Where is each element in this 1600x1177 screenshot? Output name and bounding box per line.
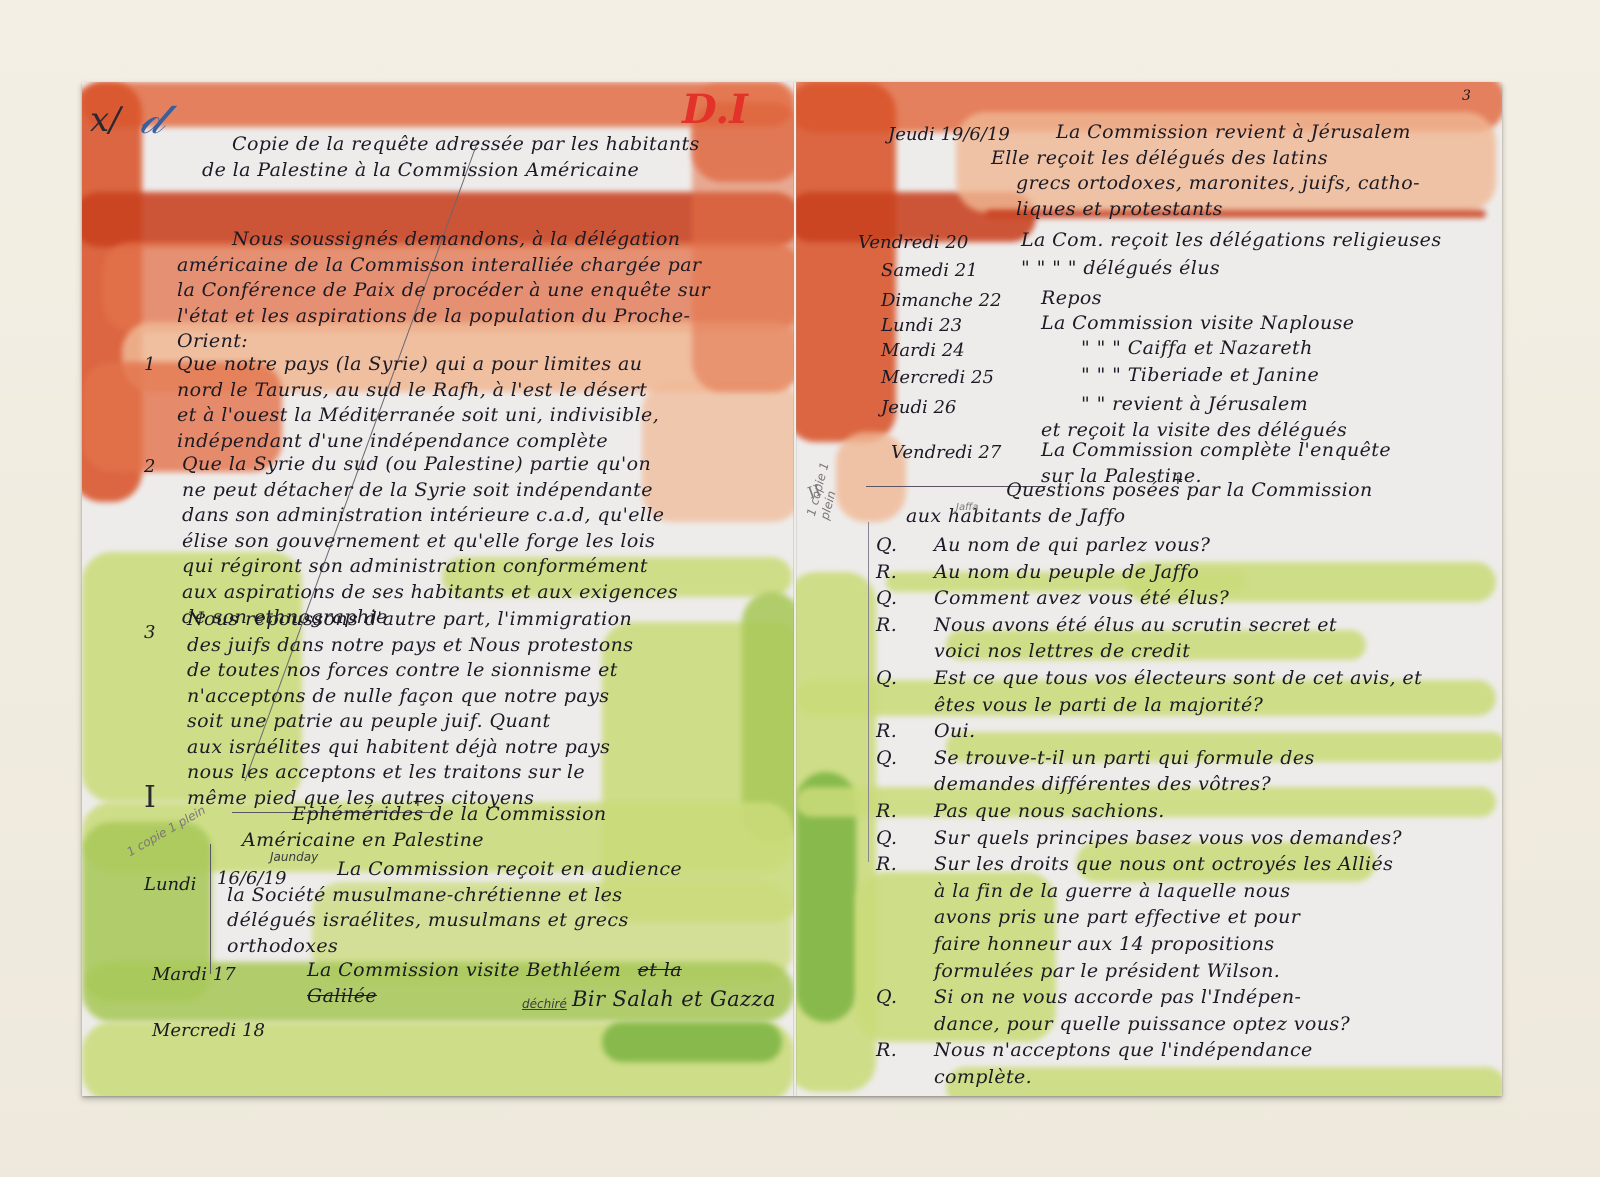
qa-item: Q.Est ce que tous vos électeurs sont de …	[876, 665, 1422, 718]
qa-item: Q.Sur quels principes basez vous vos dem…	[876, 825, 1422, 852]
entry-text: La Commission visite Naplouse	[1041, 311, 1354, 337]
page-number: 3	[1462, 84, 1471, 110]
entry-text: La Commission revient à Jérusalem Elle r…	[1056, 120, 1420, 222]
catalog-mark: D.I	[682, 86, 748, 133]
ephemerides-title: Ephémérides de la Commission Américaine …	[242, 802, 607, 853]
entry-day: Mardi 24	[881, 340, 965, 361]
point-number: 2	[144, 456, 155, 477]
point-number: 3	[144, 622, 155, 643]
corner-mark: x/	[90, 100, 121, 140]
qa-item: Q.Se trouve-t-il un parti qui formule de…	[876, 745, 1422, 798]
section-marker: I	[144, 780, 156, 815]
letter-point-1: Que notre pays (la Syrie) qui a pour lim…	[177, 352, 659, 454]
qa-item: R.Nous avons été élus au scrutin secret …	[876, 612, 1422, 665]
qa-item: Q.Au nom de qui parlez vous?	[876, 532, 1422, 559]
entry-day: Dimanche 22	[881, 290, 1002, 311]
margin-rule	[210, 844, 211, 974]
margin-rule	[868, 522, 869, 862]
entry-day: Jeudi 19/6/19	[888, 124, 1010, 145]
entry-day: Vendredi 20	[858, 232, 968, 253]
entry-day: Mercredi 25	[881, 367, 994, 388]
letter-title: Copie de la requête adressée par les hab…	[232, 132, 700, 183]
right-page: 3 Jeudi 19/6/19 La Commission revient à …	[796, 82, 1502, 1096]
entry-day: Mercredi 18	[152, 1020, 265, 1041]
qa-item: Q.Comment avez vous été élus?	[876, 585, 1422, 612]
entry-text: " " " Caiffa et Nazareth	[1081, 336, 1313, 362]
entry-text: Bir Salah et Gazza	[572, 987, 776, 1013]
entry-day: Samedi 21	[881, 260, 978, 281]
qa-item: R.Au nom du peuple de Jaffo	[876, 559, 1422, 586]
entry-text: " " " Tiberiade et Janine	[1081, 363, 1319, 389]
struck-text: Galilée	[307, 984, 377, 1010]
letter-point-3: Nous repoussons d'autre part, l'immigrat…	[187, 607, 633, 811]
entry-day: Vendredi 27	[891, 442, 1001, 463]
qa-item: Q.Si on ne vous accorde pas l'Indépen-da…	[876, 984, 1422, 1037]
entry-day: Lundi 23	[881, 315, 962, 336]
entry-text: La Com. reçoit les délégations religieus…	[1021, 228, 1441, 254]
entry-text: La Commission reçoit en audience la Soci…	[227, 857, 682, 959]
point-number: 1	[144, 354, 155, 375]
document-sheet: x/ 𝒹 D.I Copie de la requête adressée pa…	[82, 82, 1502, 1096]
entry-text: Repos	[1041, 286, 1102, 312]
blue-pencil-mark: 𝒹	[140, 90, 163, 146]
qa-item: R.Sur les droits que nous ont octroyés l…	[876, 851, 1422, 984]
entry-text: " " " " délégués élus	[1021, 256, 1220, 282]
qa-item: R.Pas que nous sachions.	[876, 798, 1422, 825]
entry-day: Mardi 17	[152, 964, 236, 985]
questions-note: Jaffa	[956, 502, 978, 513]
qa-block: Q.Au nom de qui parlez vous? R.Au nom du…	[876, 532, 1422, 1090]
page-fold	[793, 82, 797, 1096]
left-page: x/ 𝒹 D.I Copie de la requête adressée pa…	[82, 82, 794, 1096]
letter-intro: Nous soussignés demandons, à la délégati…	[177, 227, 710, 355]
green-wash	[602, 1022, 782, 1062]
entry-text: " " revient à Jérusalem et reçoit la vis…	[1081, 392, 1347, 443]
entry-day: Jeudi 26	[881, 397, 956, 418]
qa-item: R.Oui.	[876, 718, 1422, 745]
entry-text: La Commission visite Bethléem et la	[307, 958, 682, 984]
qa-item: R.Nous n'acceptons que l'indépendancecom…	[876, 1037, 1422, 1090]
entry-note: déchiré	[522, 997, 567, 1011]
letter-point-2: Que la Syrie du sud (ou Palestine) parti…	[182, 452, 678, 631]
entry-day: Lundi	[144, 874, 196, 895]
